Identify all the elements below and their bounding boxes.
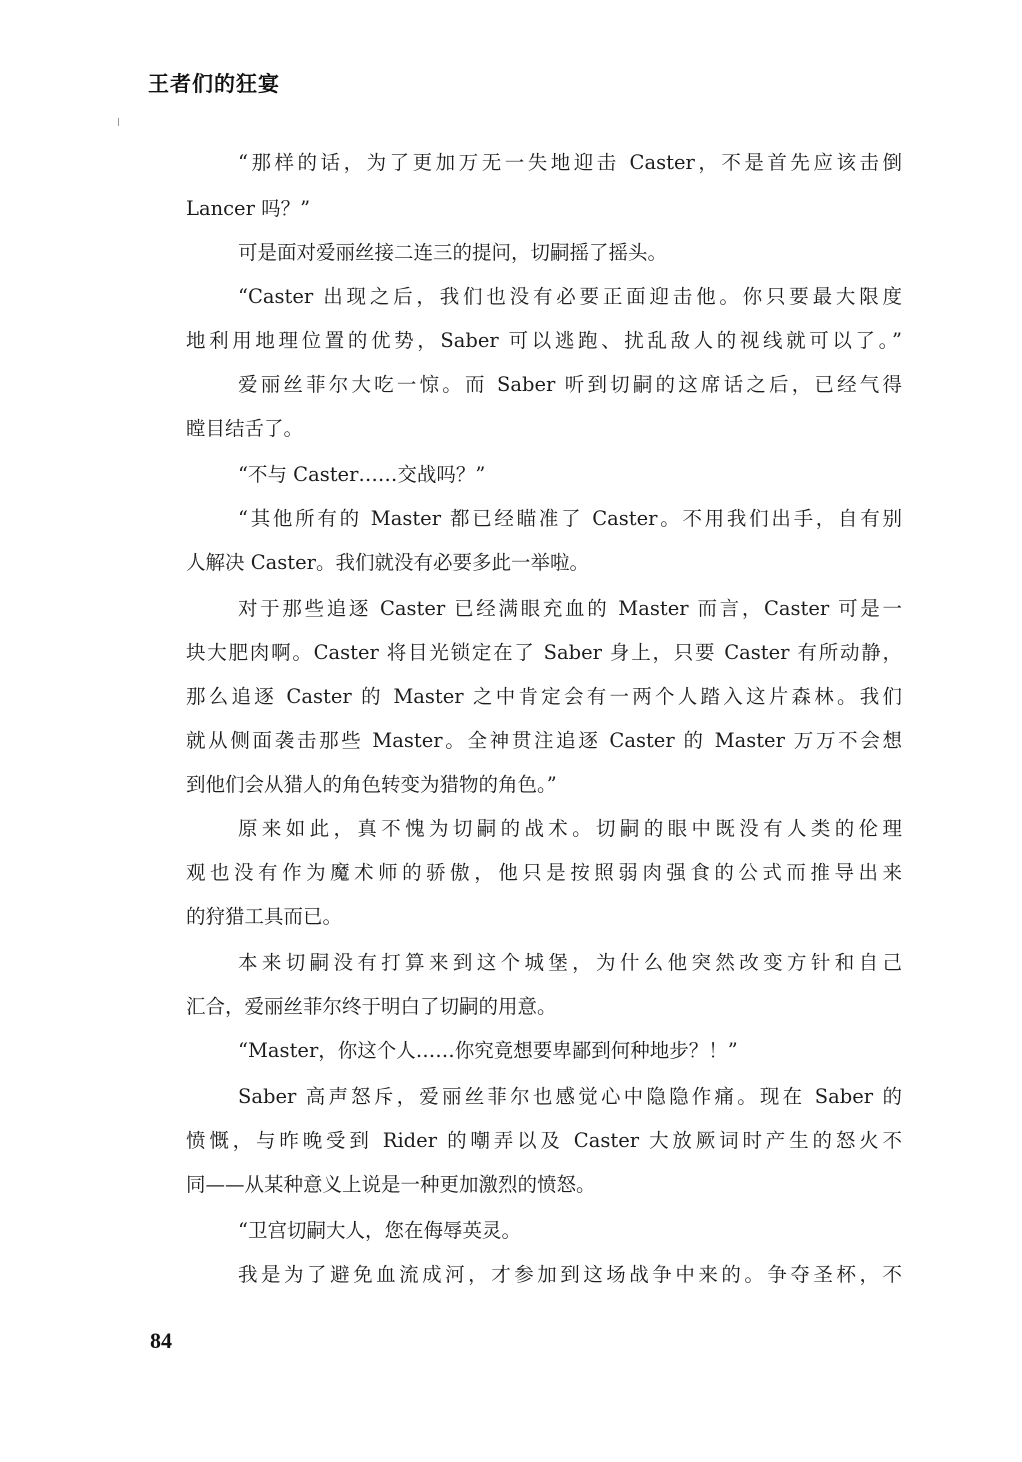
- text-line: “Caster 出现之后，我们也没有必要正面迎击他。你只要最大限度: [238, 282, 902, 312]
- text-line: 原来如此，真不愧为切嗣的战术。切嗣的眼中既没有人类的伦理: [238, 814, 902, 844]
- text-line: 对于那些追逐 Caster 已经满眼充血的 Master 而言，Caster 可…: [238, 594, 902, 624]
- text-line: 我是为了避免血流成河，才参加到这场战争中来的。争夺圣杯，不: [238, 1260, 902, 1290]
- text-line: “不与 Caster……交战吗？”: [238, 460, 485, 490]
- text-line: “其他所有的 Master 都已经瞄准了 Caster。不用我们出手，自有别: [238, 504, 902, 534]
- text-line: 地利用地理位置的优势，Saber 可以逃跑、扰乱敌人的视线就可以了。”: [186, 326, 902, 356]
- book-page: 王者们的狂宴 “那样的话，为了更加万无一失地迎击 Caster，不是首先应该击倒…: [0, 0, 1022, 1462]
- text-line: 块大肥肉啊。Caster 将目光锁定在了 Saber 身上，只要 Caster …: [186, 638, 902, 668]
- text-line: 那么追逐 Caster 的 Master 之中肯定会有一两个人踏入这片森林。我们: [186, 682, 902, 712]
- text-line: Saber 高声怒斥，爱丽丝菲尔也感觉心中隐隐作痛。现在 Saber 的: [238, 1082, 902, 1112]
- text-line: 可是面对爱丽丝接二连三的提问，切嗣摇了摇头。: [238, 238, 667, 268]
- text-line: 爱丽丝菲尔大吃一惊。而 Saber 听到切嗣的这席话之后，已经气得: [238, 370, 902, 400]
- text-line: 瞠目结舌了。: [186, 414, 303, 444]
- text-line: 愤慨，与昨晚受到 Rider 的嘲弄以及 Caster 大放厥词时产生的怒火不: [186, 1126, 902, 1156]
- text-line: “那样的话，为了更加万无一失地迎击 Caster，不是首先应该击倒: [238, 148, 902, 178]
- running-head-title: 王者们的狂宴: [148, 68, 280, 98]
- text-line: 到他们会从猎人的角色转变为猎物的角色。”: [186, 770, 557, 800]
- text-line: Lancer 吗？”: [186, 194, 310, 224]
- text-line: 观也没有作为魔术师的骄傲，他只是按照弱肉强食的公式而推导出来: [186, 858, 902, 888]
- text-line: 同——从某种意义上说是一种更加激烈的愤怒。: [186, 1170, 596, 1200]
- text-line: 汇合，爱丽丝菲尔终于明白了切嗣的用意。: [186, 992, 557, 1022]
- text-line: 的狩猎工具而已。: [186, 902, 342, 932]
- text-line: 就从侧面袭击那些 Master。全神贯注追逐 Caster 的 Master 万…: [186, 726, 902, 756]
- text-line: “Master，你这个人……你究竟想要卑鄙到何种地步？！”: [238, 1036, 738, 1066]
- margin-mark: [118, 118, 119, 126]
- text-line: “卫宫切嗣大人，您在侮辱英灵。: [238, 1216, 521, 1246]
- page-number: 84: [150, 1328, 172, 1354]
- text-line: 人解决 Caster。我们就没有必要多此一举啦。: [186, 548, 589, 578]
- text-line: 本来切嗣没有打算来到这个城堡，为什么他突然改变方针和自己: [238, 948, 902, 978]
